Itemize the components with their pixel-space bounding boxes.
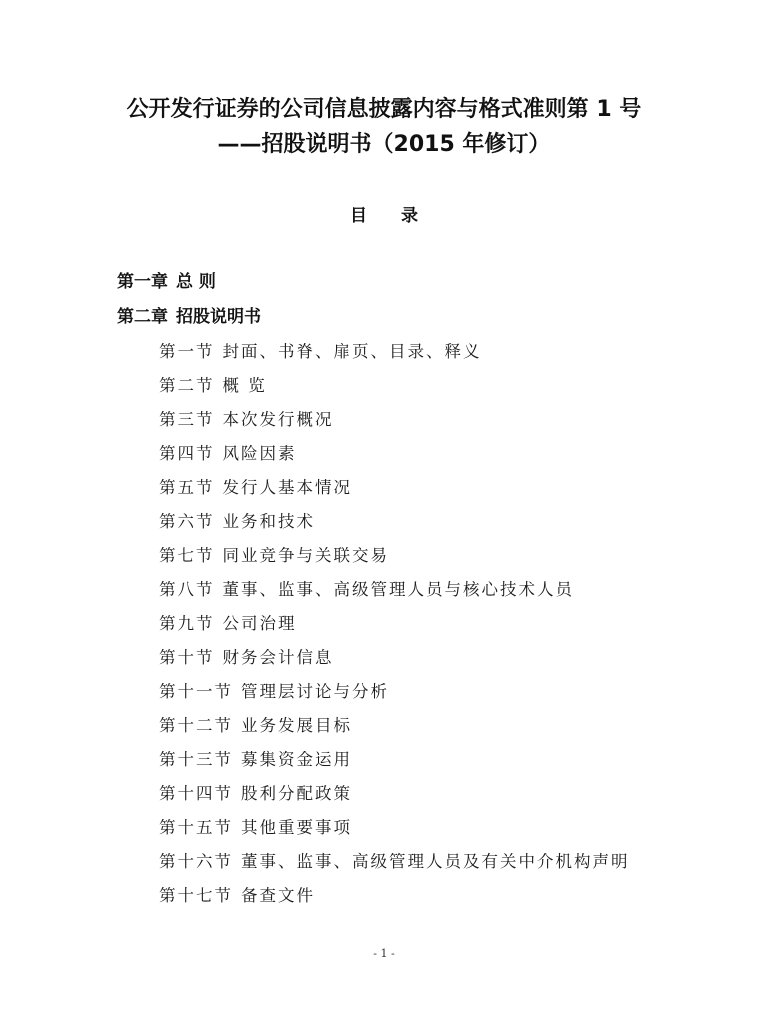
section-label: 第八节	[159, 580, 215, 599]
section-label: 第九节	[159, 614, 215, 633]
section-label: 第四节	[159, 444, 215, 463]
toc-heading: 目 录	[0, 201, 768, 226]
page-number: - 1 -	[0, 947, 768, 960]
toc-section: 第十三节募集资金运用	[159, 746, 352, 770]
section-title: 业务和技术	[223, 512, 316, 531]
toc-section: 第八节董事、监事、高级管理人员与核心技术人员	[159, 576, 574, 600]
section-title: 风险因素	[223, 444, 297, 463]
section-title: 同业竞争与关联交易	[223, 546, 390, 565]
toc-section: 第七节同业竞争与关联交易	[159, 542, 389, 566]
section-label: 第五节	[159, 478, 215, 497]
chapter-title: 总 则	[176, 272, 216, 292]
section-title: 本次发行概况	[223, 410, 334, 429]
section-label: 第二节	[159, 376, 215, 395]
section-title: 董事、监事、高级管理人员与核心技术人员	[223, 580, 575, 599]
section-label: 第七节	[159, 546, 215, 565]
chapter-label: 第二章	[117, 307, 168, 327]
section-title: 董事、监事、高级管理人员及有关中介机构声明	[241, 852, 630, 871]
toc-section: 第一节封面、书脊、扉页、目录、释义	[159, 338, 482, 362]
chapter-label: 第一章	[117, 272, 168, 292]
document-title-line1: 公开发行证券的公司信息披露内容与格式准则第 1 号	[0, 92, 768, 123]
toc-section: 第十节财务会计信息	[159, 644, 334, 668]
section-label: 第十七节	[159, 886, 233, 905]
toc-section: 第十二节业务发展目标	[159, 712, 352, 736]
toc-section: 第九节公司治理	[159, 610, 297, 634]
toc-section: 第十四节股利分配政策	[159, 780, 352, 804]
chapter-title: 招股说明书	[176, 307, 261, 327]
section-label: 第十三节	[159, 750, 233, 769]
section-label: 第十二节	[159, 716, 233, 735]
toc-section: 第二节概 览	[159, 372, 267, 396]
section-label: 第十一节	[159, 682, 233, 701]
toc-section: 第十六节董事、监事、高级管理人员及有关中介机构声明	[159, 848, 630, 872]
section-title: 发行人基本情况	[223, 478, 353, 497]
section-label: 第十六节	[159, 852, 233, 871]
section-label: 第三节	[159, 410, 215, 429]
section-label: 第十五节	[159, 818, 233, 837]
toc-section: 第十七节备查文件	[159, 882, 315, 906]
document-page: 公开发行证券的公司信息披露内容与格式准则第 1 号 ——招股说明书（2015 年…	[0, 0, 768, 1024]
section-label: 第六节	[159, 512, 215, 531]
toc-section: 第三节本次发行概况	[159, 406, 334, 430]
document-title-line2: ——招股说明书（2015 年修订）	[0, 127, 768, 158]
toc-section: 第四节风险因素	[159, 440, 297, 464]
section-label: 第十四节	[159, 784, 233, 803]
section-title: 其他重要事项	[241, 818, 352, 837]
toc-section: 第五节发行人基本情况	[159, 474, 352, 498]
section-label: 第十节	[159, 648, 215, 667]
section-title: 业务发展目标	[241, 716, 352, 735]
toc-chapter: 第一章总 则	[117, 267, 216, 292]
section-title: 财务会计信息	[223, 648, 334, 667]
toc-chapter: 第二章招股说明书	[117, 302, 261, 327]
toc-section: 第六节业务和技术	[159, 508, 315, 532]
section-title: 备查文件	[241, 886, 315, 905]
section-label: 第一节	[159, 342, 215, 361]
section-title: 概 览	[223, 376, 267, 395]
toc-section: 第十五节其他重要事项	[159, 814, 352, 838]
section-title: 股利分配政策	[241, 784, 352, 803]
section-title: 封面、书脊、扉页、目录、释义	[223, 342, 482, 361]
section-title: 管理层讨论与分析	[241, 682, 389, 701]
section-title: 募集资金运用	[241, 750, 352, 769]
toc-section: 第十一节管理层讨论与分析	[159, 678, 389, 702]
section-title: 公司治理	[223, 614, 297, 633]
